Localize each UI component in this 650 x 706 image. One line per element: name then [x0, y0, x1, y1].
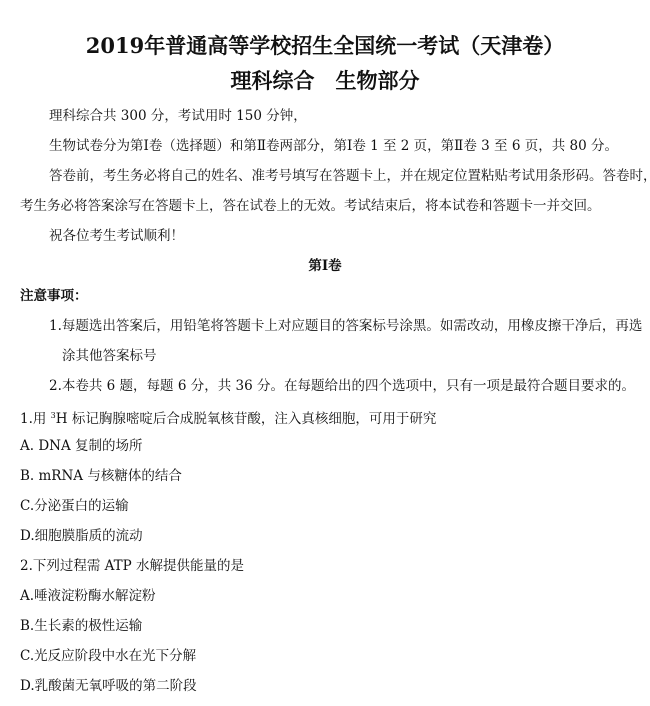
volume-heading: 第Ⅰ卷 [0, 257, 650, 275]
question-1-option-c: C.分泌蛋白的运输 [20, 497, 129, 515]
intro-line-instructions: 答卷前，考生务必将自己的姓名、准考号填写在答题卡上，并在规定位置粘贴考试用条形码… [49, 167, 650, 185]
question-1-option-d: D.细胞膜脂质的流动 [20, 527, 143, 545]
question-2-option-c: C.光反应阶段中水在光下分解 [20, 647, 196, 665]
question-1-stem: 1.用 3H 标记胸腺嘧啶后合成脱氧核苷酸，注入真核细胞，可用于研究 [20, 407, 436, 428]
question-2-option-a: A.唾液淀粉酶水解淀粉 [20, 587, 156, 605]
note-1-cont: 涂其他答案标号 [62, 347, 157, 365]
notes-heading: 注意事项： [20, 287, 88, 305]
document-title: 2019年普通高等学校招生全国统一考试（天津卷） [0, 33, 650, 59]
question-2-stem: 2.下列过程需 ATP 水解提供能量的是 [20, 557, 244, 575]
question-2-option-d: D.乳酸菌无氧呼吸的第二阶段 [20, 677, 197, 695]
question-2-option-b: B.生长素的极性运输 [20, 617, 142, 635]
intro-line-instructions-cont: 考生务必将答案涂写在答题卡上，答在试卷上的无效。考试结束后，将本试卷和答题卡一并… [20, 197, 601, 215]
question-1-prefix: 1.用 [20, 411, 51, 427]
question-1-text: H 标记胸腺嘧啶后合成脱氧核苷酸，注入真核细胞，可用于研究 [56, 411, 437, 427]
intro-line-structure: 生物试卷分为第Ⅰ卷（选择题）和第Ⅱ卷两部分，第Ⅰ卷 1 至 2 页，第Ⅱ卷 3 … [49, 137, 618, 155]
question-1-option-a: A. DNA 复制的场所 [20, 437, 143, 455]
document-subtitle: 理科综合 生物部分 [0, 68, 650, 94]
note-1: 1.每题选出答案后，用铅笔将答题卡上对应题目的答案标号涂黑。如需改动，用橡皮擦干… [49, 317, 642, 335]
intro-line-wishes: 祝各位考生考试顺利！ [49, 227, 184, 245]
intro-line-score: 理科综合共 300 分，考试用时 150 分钟， [49, 107, 307, 125]
question-1-option-b: B. mRNA 与核糖体的结合 [20, 467, 182, 485]
note-2: 2.本卷共 6 题，每题 6 分，共 36 分。在每题给出的四个选项中，只有一项… [49, 377, 635, 395]
